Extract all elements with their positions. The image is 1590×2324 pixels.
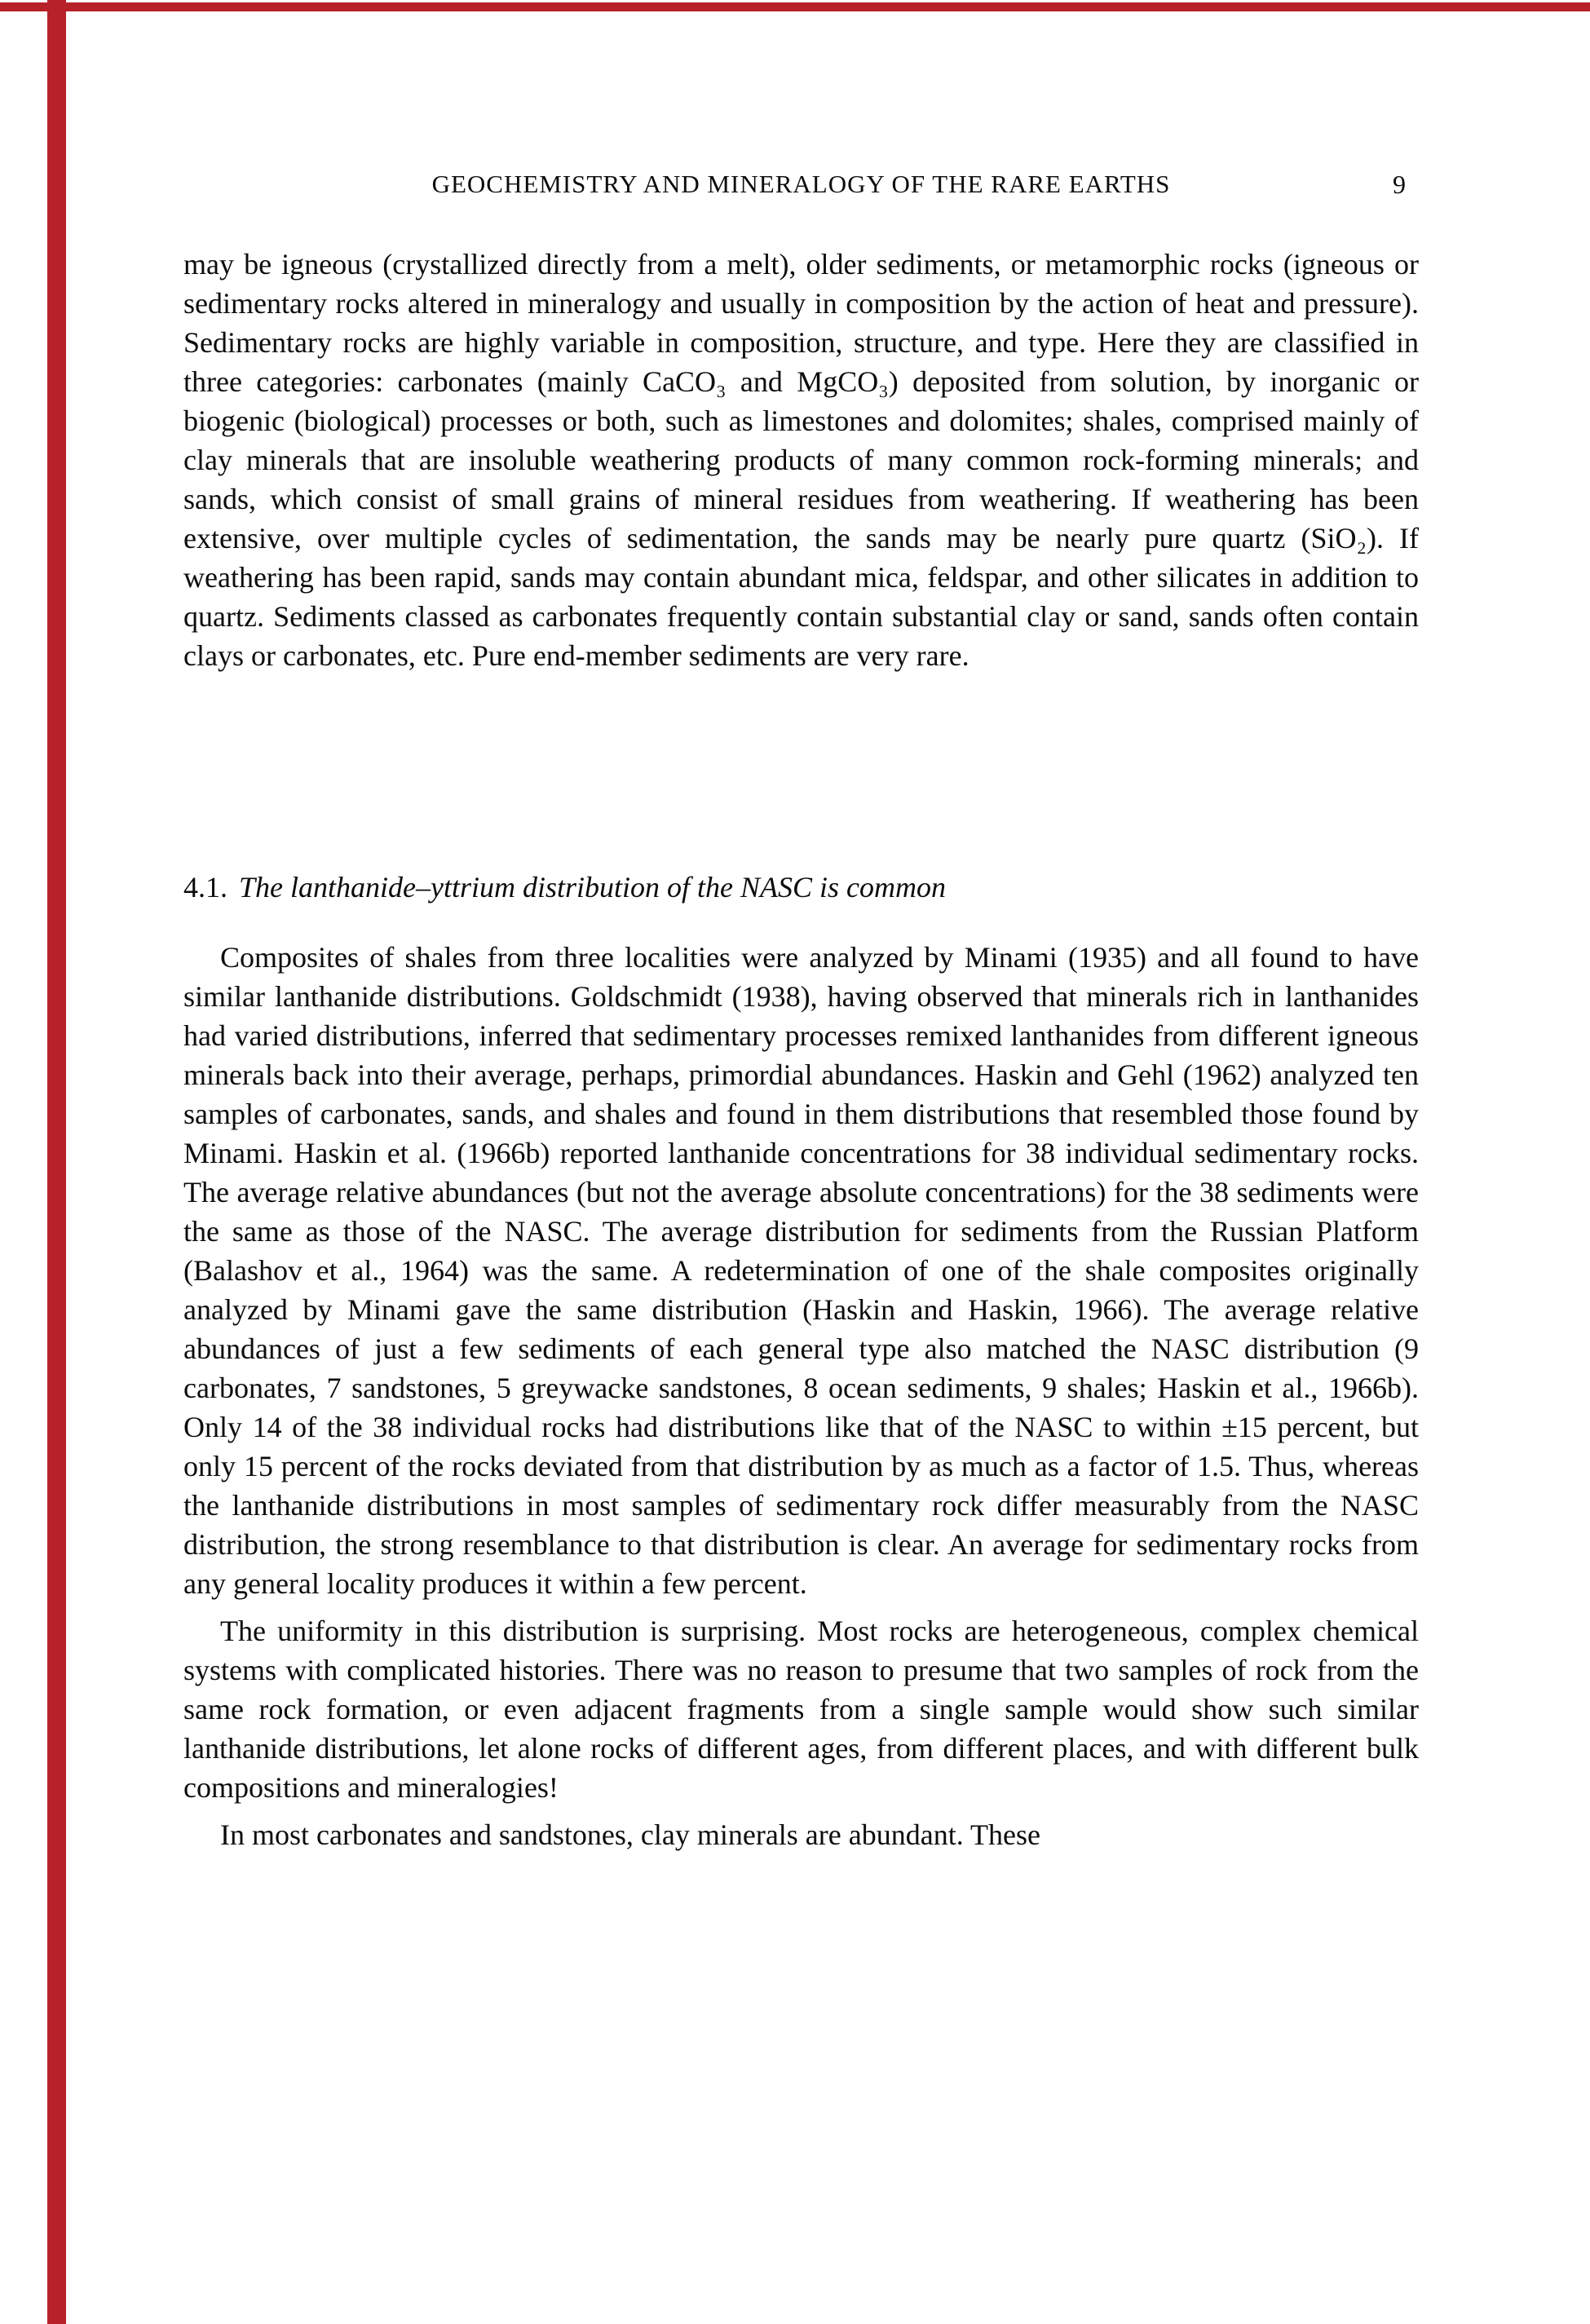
page-edge-red-strip-left	[47, 0, 66, 2324]
running-header: GEOCHEMISTRY AND MINERALOGY OF THE RARE …	[183, 168, 1419, 201]
section-number: 4.1.	[183, 871, 227, 904]
section-title: The lanthanide–yttrium distribution of t…	[239, 871, 946, 904]
running-header-title: GEOCHEMISTRY AND MINERALOGY OF THE RARE …	[183, 168, 1419, 201]
paragraph-carbonates-sandstones-partial: In most carbonates and sandstones, clay …	[183, 1815, 1419, 1854]
paragraph-uniformity-surprising: The uniformity in this distribution is s…	[183, 1611, 1419, 1807]
page-number: 9	[1393, 168, 1406, 201]
scanned-book-page: GEOCHEMISTRY AND MINERALOGY OF THE RARE …	[0, 0, 1590, 2324]
section-heading: 4.1.The lanthanide–yttrium distribution …	[183, 868, 1419, 907]
page-edge-red-strip-top	[0, 2, 1590, 11]
paragraph-sedimentary-rocks: may be igneous (crystallized directly fr…	[183, 245, 1419, 675]
paragraph-composites-of-shales: Composites of shales from three localiti…	[183, 938, 1419, 1603]
paragraph-continuation-block: may be igneous (crystallized directly fr…	[183, 245, 1419, 675]
section-body-block: Composites of shales from three localiti…	[183, 938, 1419, 1854]
